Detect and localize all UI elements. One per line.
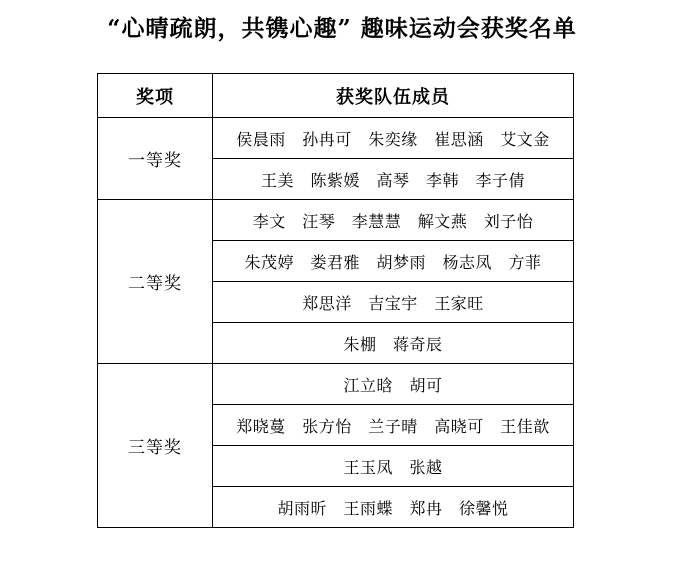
- table-header-row: 奖项 获奖队伍成员: [98, 74, 574, 118]
- award-cell-third-prize: 三等奖: [98, 364, 213, 528]
- table-row: 二等奖 李文 汪琴 李慧慧 解文燕 刘子怡: [98, 200, 574, 241]
- members-cell: 侯晨雨 孙冉可 朱奕缘 崔思涵 艾文金: [213, 118, 574, 159]
- members-cell: 王美 陈紫媛 高琴 李韩 李子倩: [213, 159, 574, 200]
- header-award: 奖项: [98, 74, 213, 118]
- header-members: 获奖队伍成员: [213, 74, 574, 118]
- award-cell-second-prize: 二等奖: [98, 200, 213, 364]
- award-table: 奖项 获奖队伍成员 一等奖 侯晨雨 孙冉可 朱奕缘 崔思涵 艾文金 王美 陈紫媛…: [97, 73, 574, 528]
- members-cell: 郑晓蔓 张方怡 兰子晴 高晓可 王佳歆: [213, 405, 574, 446]
- members-cell: 江立晗 胡可: [213, 364, 574, 405]
- members-cell: 李文 汪琴 李慧慧 解文燕 刘子怡: [213, 200, 574, 241]
- table-row: 一等奖 侯晨雨 孙冉可 朱奕缘 崔思涵 艾文金: [98, 118, 574, 159]
- members-cell: 朱茂婷 娄君雅 胡梦雨 杨志凤 方菲: [213, 241, 574, 282]
- members-cell: 郑思洋 吉宝宇 王家旺: [213, 282, 574, 323]
- members-cell: 胡雨昕 王雨蝶 郑冉 徐馨悦: [213, 487, 574, 528]
- award-cell-first-prize: 一等奖: [98, 118, 213, 200]
- table-row: 三等奖 江立晗 胡可: [98, 364, 574, 405]
- members-cell: 朱棚 蒋奇辰: [213, 323, 574, 364]
- members-cell: 王玉凤 张越: [213, 446, 574, 487]
- page-title: “心晴疏朗，共镌心趣” 趣味运动会获奖名单: [0, 0, 684, 45]
